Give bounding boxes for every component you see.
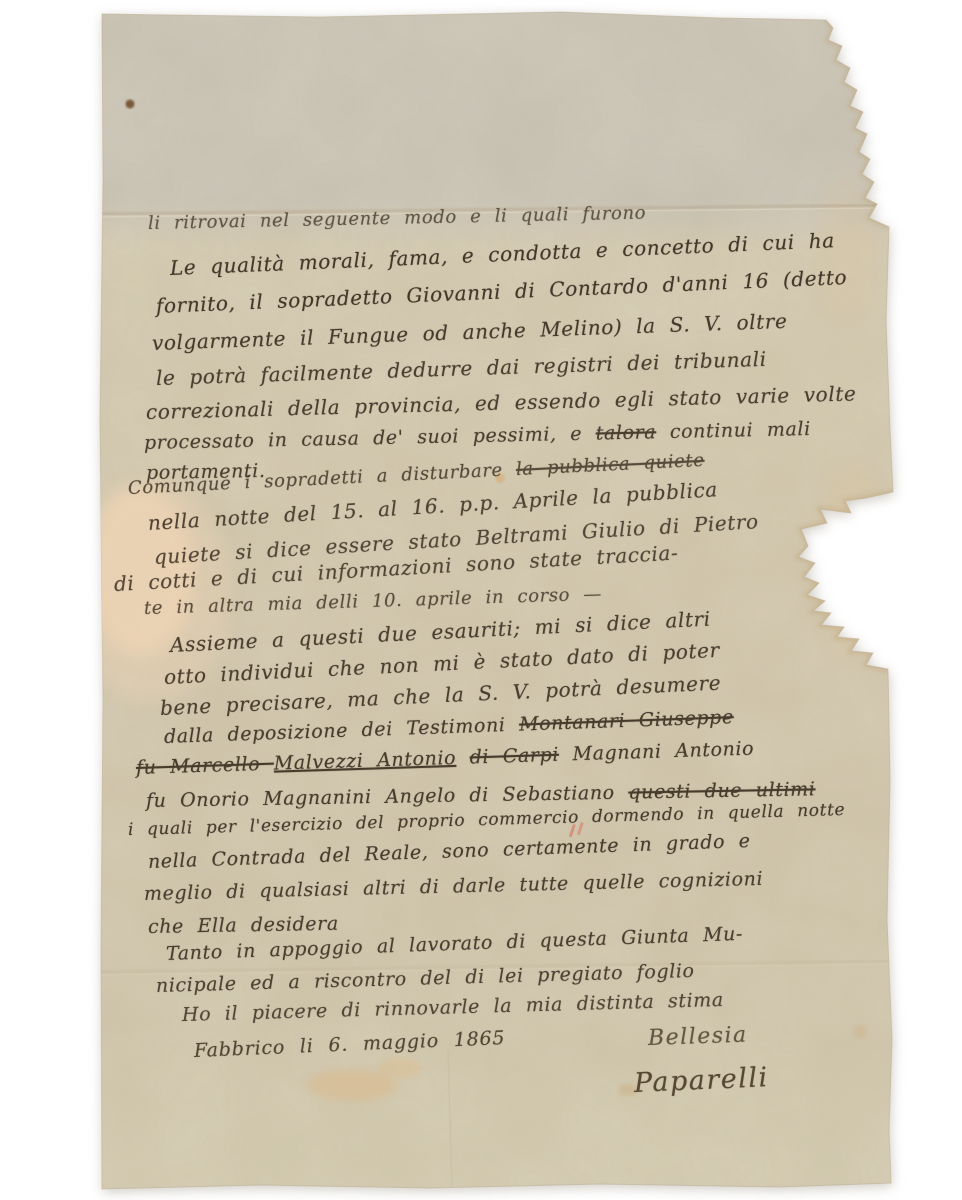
- handwriting-segment: volgarmente il Fungue od anche Melino) l…: [152, 309, 788, 355]
- handwriting-segment: processato in causa de' suoi pessimi, e: [144, 423, 596, 454]
- handwriting-segment: di Carpi: [469, 744, 559, 769]
- handwriting-segment: [456, 747, 470, 769]
- handwritten-line-22: meglio di qualsiasi altri di darle tutte…: [144, 868, 764, 905]
- handwritten-line-6: correzionali della provincia, ed essendo…: [146, 381, 857, 424]
- handwriting-segment: correzionali della provincia, ed essendo…: [146, 381, 857, 424]
- handwriting-segment: Ho il piacere di rinnovarle la mia disti…: [182, 989, 724, 1026]
- signature-1: Bellesia: [648, 1023, 749, 1051]
- handwritten-line-23: che Ella desidera: [148, 913, 339, 938]
- signature-2: Paparelli: [633, 1062, 769, 1099]
- handwriting-segment: talora: [596, 421, 657, 444]
- handwritten-line-5: le potrà facilmente dedurre dai registri…: [156, 347, 767, 390]
- handwriting-segment: questi due ultimi: [628, 778, 816, 803]
- handwriting-segment: Montanari Giuseppe: [519, 706, 734, 735]
- handwriting-segment: Magnani Antonio: [559, 738, 755, 766]
- handwritten-line-26: Ho il piacere di rinnovarle la mia disti…: [182, 989, 724, 1026]
- handwriting-segment: continui mali: [656, 418, 811, 443]
- handwritten-line-1: li ritrovai nel seguente modo e li quali…: [148, 203, 647, 234]
- handwriting-segment: li ritrovai nel seguente modo e li quali…: [148, 203, 647, 234]
- letter-text: li ritrovai nel seguente modo e li quali…: [0, 0, 962, 1200]
- scan-background: li ritrovai nel seguente modo e li quali…: [0, 0, 962, 1200]
- handwriting-segment: Malvezzi Antonio: [273, 747, 456, 775]
- handwritten-line-4: volgarmente il Fungue od anche Melino) l…: [152, 309, 788, 355]
- handwriting-segment: meglio di qualsiasi altri di darle tutte…: [144, 868, 764, 905]
- handwriting-segment: fu Marcello: [136, 753, 275, 779]
- handwriting-segment: che Ella desidera: [148, 913, 339, 938]
- handwriting-segment: dalla deposizione dei Testimoni: [164, 714, 520, 748]
- handwriting-segment: la pubblica quiete: [516, 450, 705, 480]
- handwriting-segment: le potrà facilmente dedurre dai registri…: [156, 347, 767, 390]
- handwriting-segment: 6.: [328, 1034, 349, 1057]
- handwritten-line-7: processato in causa de' suoi pessimi, e …: [144, 418, 811, 454]
